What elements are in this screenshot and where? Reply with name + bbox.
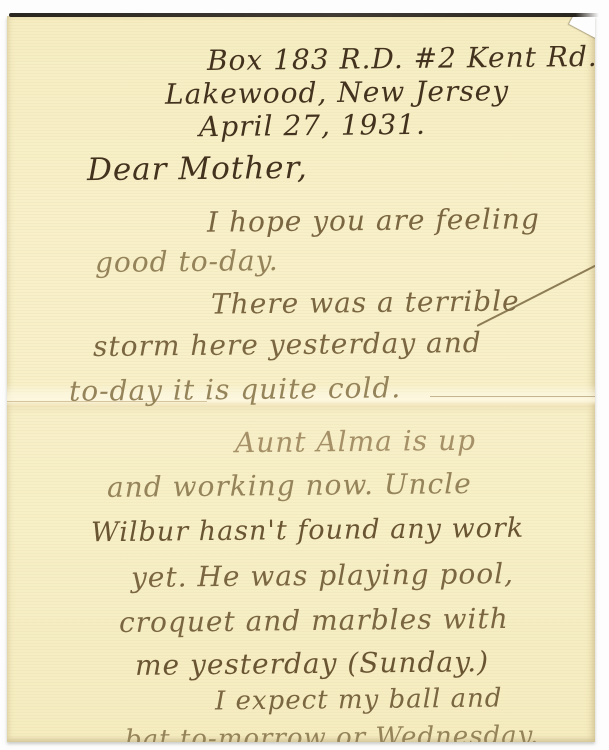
address-line: Box 183 R.D. #2 Kent Rd. — [207, 40, 595, 77]
body-line: croquet and marbles with — [119, 602, 509, 639]
body-line: I expect my ball and — [215, 683, 503, 716]
body-line: good to-day. — [95, 244, 279, 279]
body-line: Aunt Alma is up — [235, 424, 476, 460]
body-line: bat to-morrow or Wednesday. — [125, 721, 539, 742]
scanned-letter-page: Box 183 R.D. #2 Kent Rd. Lakewood, New J… — [0, 0, 609, 750]
body-line: Wilbur hasn't found any work — [91, 513, 524, 549]
clipped-paper-corner — [569, 16, 595, 40]
body-line: storm here yesterday and — [93, 326, 482, 363]
letter-paper-sheet: Box 183 R.D. #2 Kent Rd. Lakewood, New J… — [7, 16, 595, 742]
body-line: and working now. Uncle — [107, 467, 472, 504]
paper-top-edge-shadow — [9, 13, 599, 17]
body-line: yet. He was playing pool, — [131, 557, 514, 594]
body-line: to-day it is quite cold. — [69, 371, 402, 407]
city-state-line: Lakewood, New Jersey — [165, 74, 509, 111]
body-line: me yesterday (Sunday.) — [135, 645, 489, 682]
date-line: April 27, 1931. — [199, 108, 426, 143]
salutation-line: Dear Mother, — [87, 150, 308, 188]
body-line: There was a terrible — [211, 284, 520, 320]
body-line: I hope you are feeling — [207, 202, 540, 238]
